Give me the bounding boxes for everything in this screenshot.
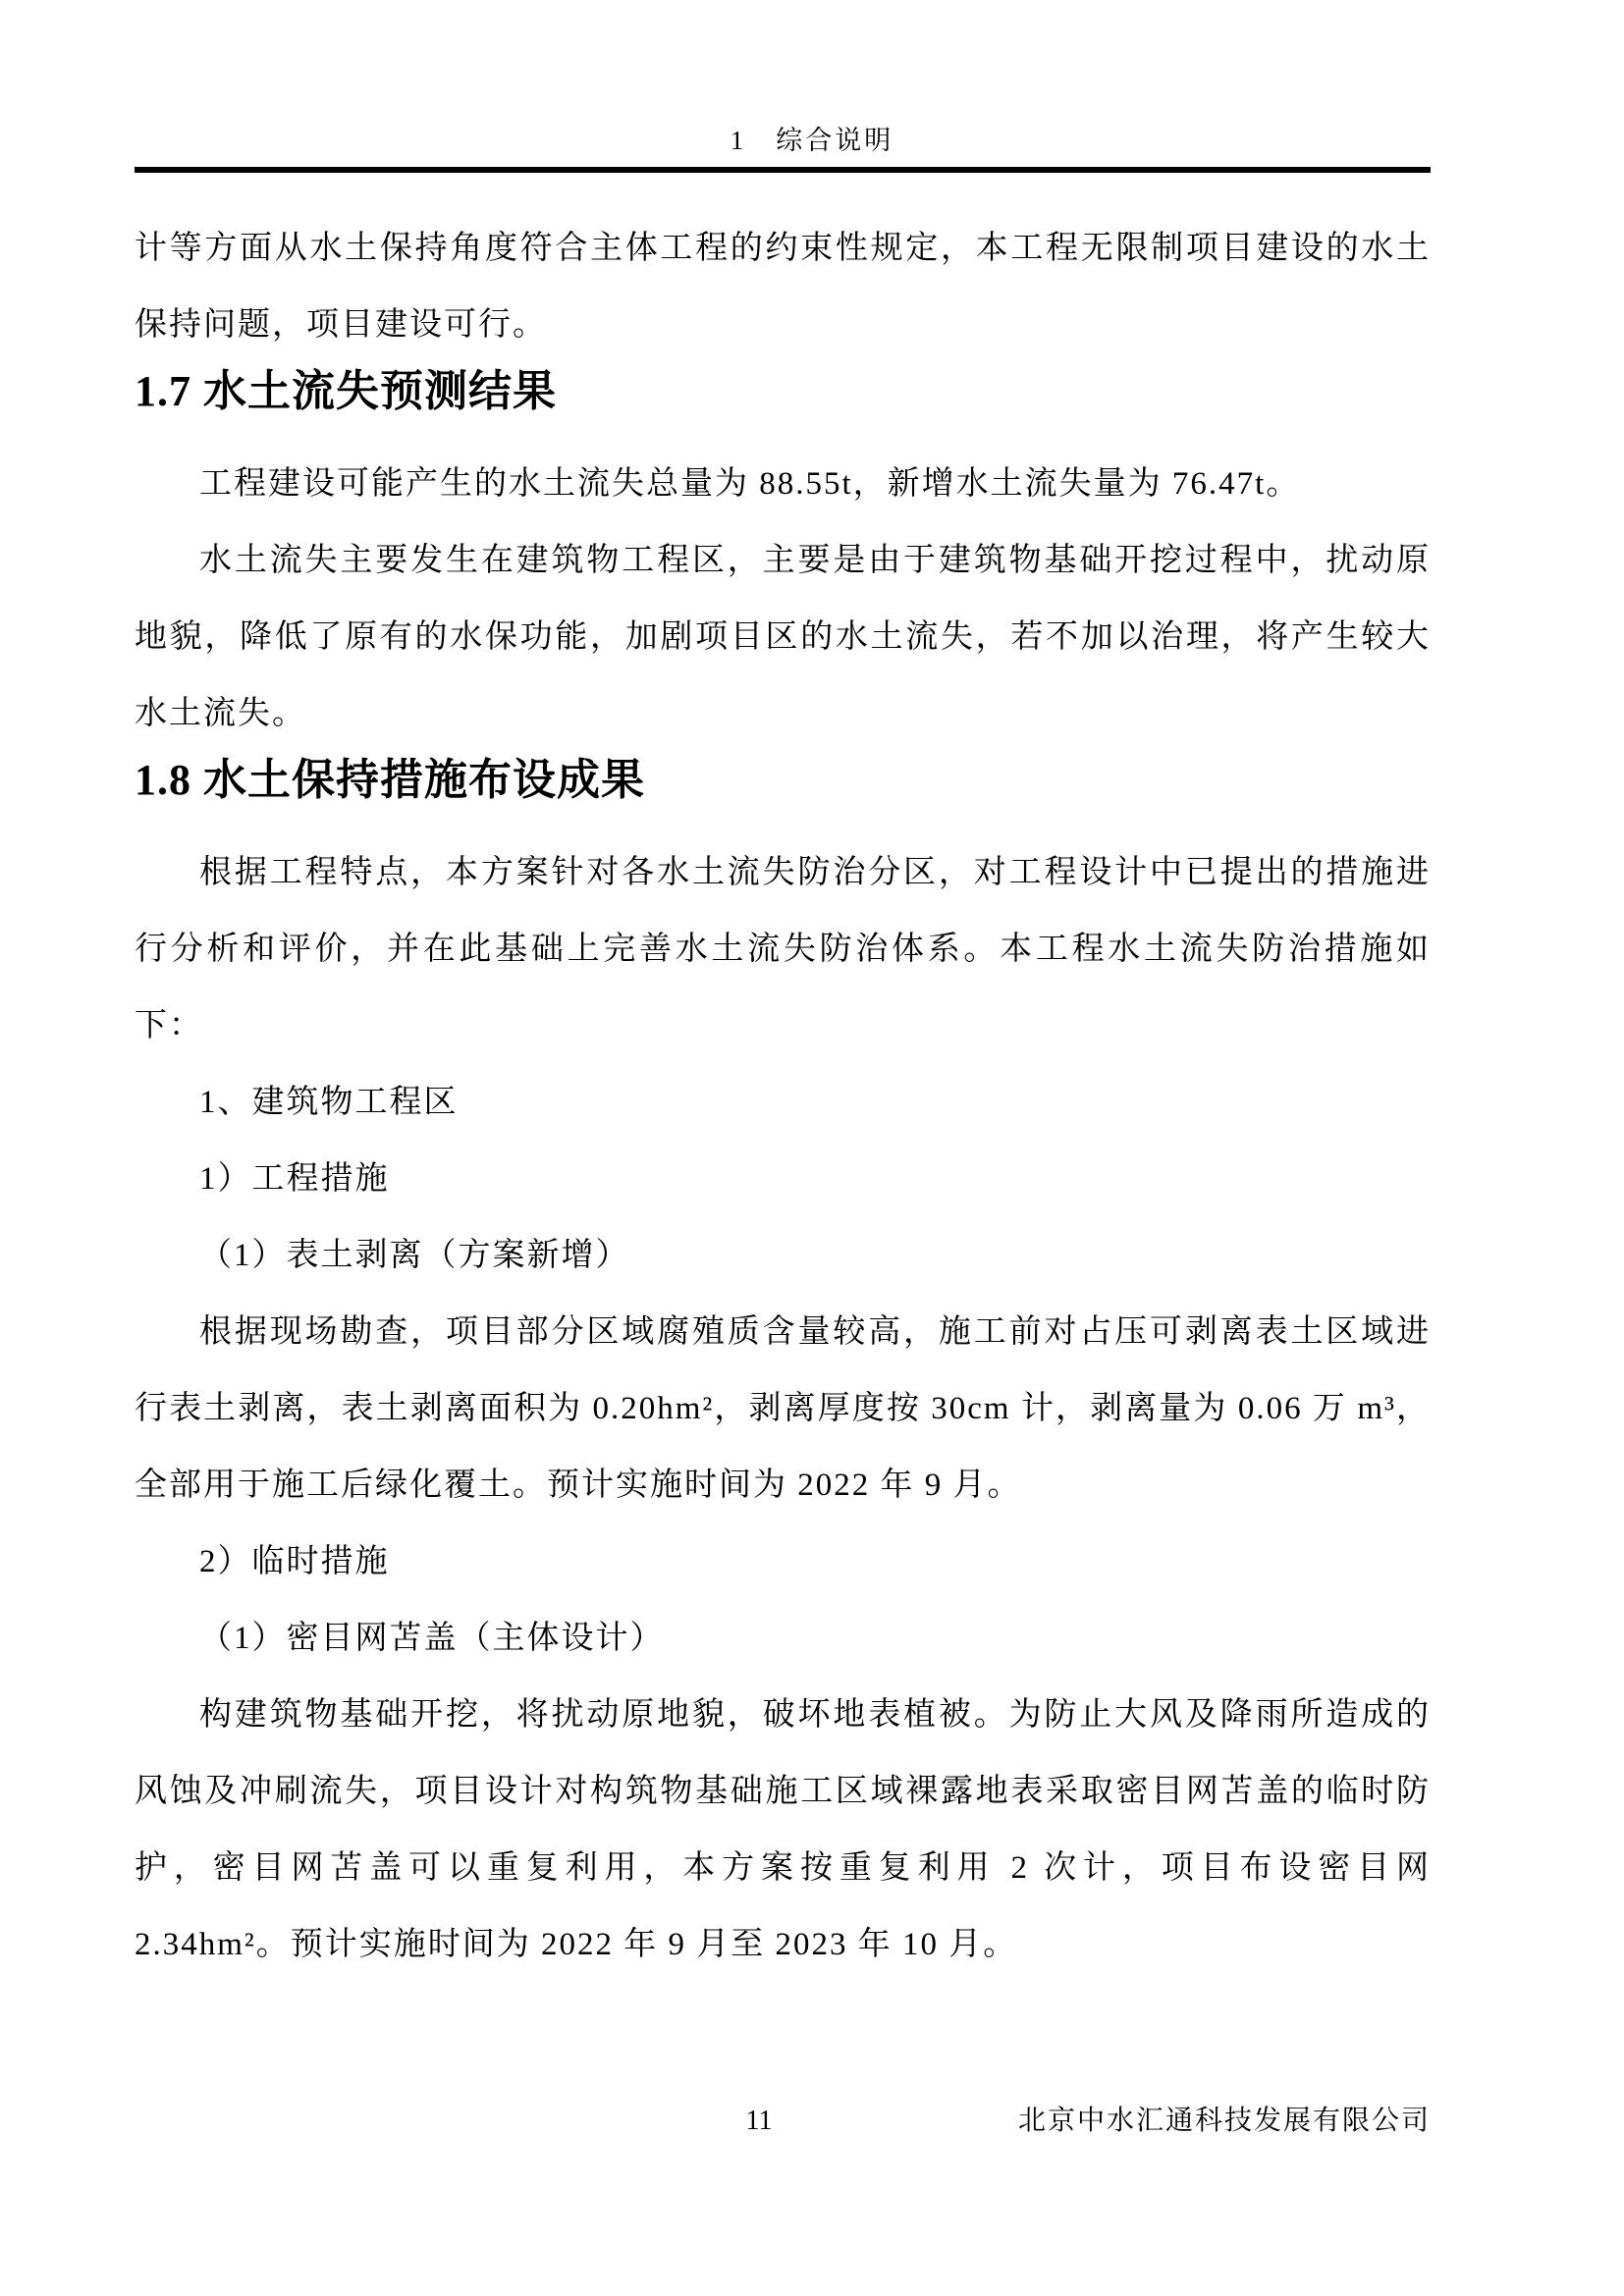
document-body: 计等方面从水土保持角度符合主体工程的约束性规定，本工程无限制项目建设的水土保持问…: [135, 210, 1431, 1983]
document-page: 1 综合说明 计等方面从水土保持角度符合主体工程的约束性规定，本工程无限制项目建…: [0, 0, 1624, 2296]
list-item-topsoil-stripping-title: （1）表土剥离（方案新增）: [135, 1217, 1431, 1294]
header-rule: [135, 167, 1431, 173]
page-footer: 11 北京中水汇通科技发展有限公司: [135, 2099, 1431, 2144]
list-item-dense-mesh-net-title: （1）密目网苫盖（主体设计）: [135, 1600, 1431, 1677]
paragraph-carryover-conclusion: 计等方面从水土保持角度符合主体工程的约束性规定，本工程无限制项目建设的水土保持问…: [135, 210, 1431, 363]
paragraph-measures-intro: 根据工程特点，本方案针对各水土流失防治分区，对工程设计中已提出的措施进行分析和评…: [135, 834, 1431, 1064]
list-item-temporary-measures: 2）临时措施: [135, 1523, 1431, 1600]
list-item-building-works-zone: 1、建筑物工程区: [135, 1064, 1431, 1141]
paragraph-soil-loss-totals: 工程建设可能产生的水土流失总量为 88.55t，新增水土流失量为 76.47t。: [135, 446, 1431, 522]
page-number: 11: [746, 2099, 773, 2144]
heading-1-8-measures-layout: 1.8 水土保持措施布设成果: [135, 742, 1431, 819]
paragraph-topsoil-stripping-detail: 根据现场勘查，项目部分区域腐殖质含量较高，施工前对占压可剥离表土区域进行表土剥离…: [135, 1294, 1431, 1523]
list-item-engineering-measures: 1）工程措施: [135, 1141, 1431, 1217]
header-section-label: 1 综合说明: [0, 124, 1624, 157]
paragraph-soil-loss-cause: 水土流失主要发生在建筑物工程区，主要是由于建筑物基础开挖过程中，扰动原地貌，降低…: [135, 522, 1431, 752]
paragraph-dense-mesh-net-detail: 构建筑物基础开挖，将扰动原地貌，破坏地表植被。为防止大风及降雨所造成的风蚀及冲刷…: [135, 1677, 1431, 1983]
heading-1-7-soil-loss-prediction: 1.7 水土流失预测结果: [135, 353, 1431, 430]
footer-company-name: 北京中水汇通科技发展有限公司: [1018, 2099, 1431, 2144]
